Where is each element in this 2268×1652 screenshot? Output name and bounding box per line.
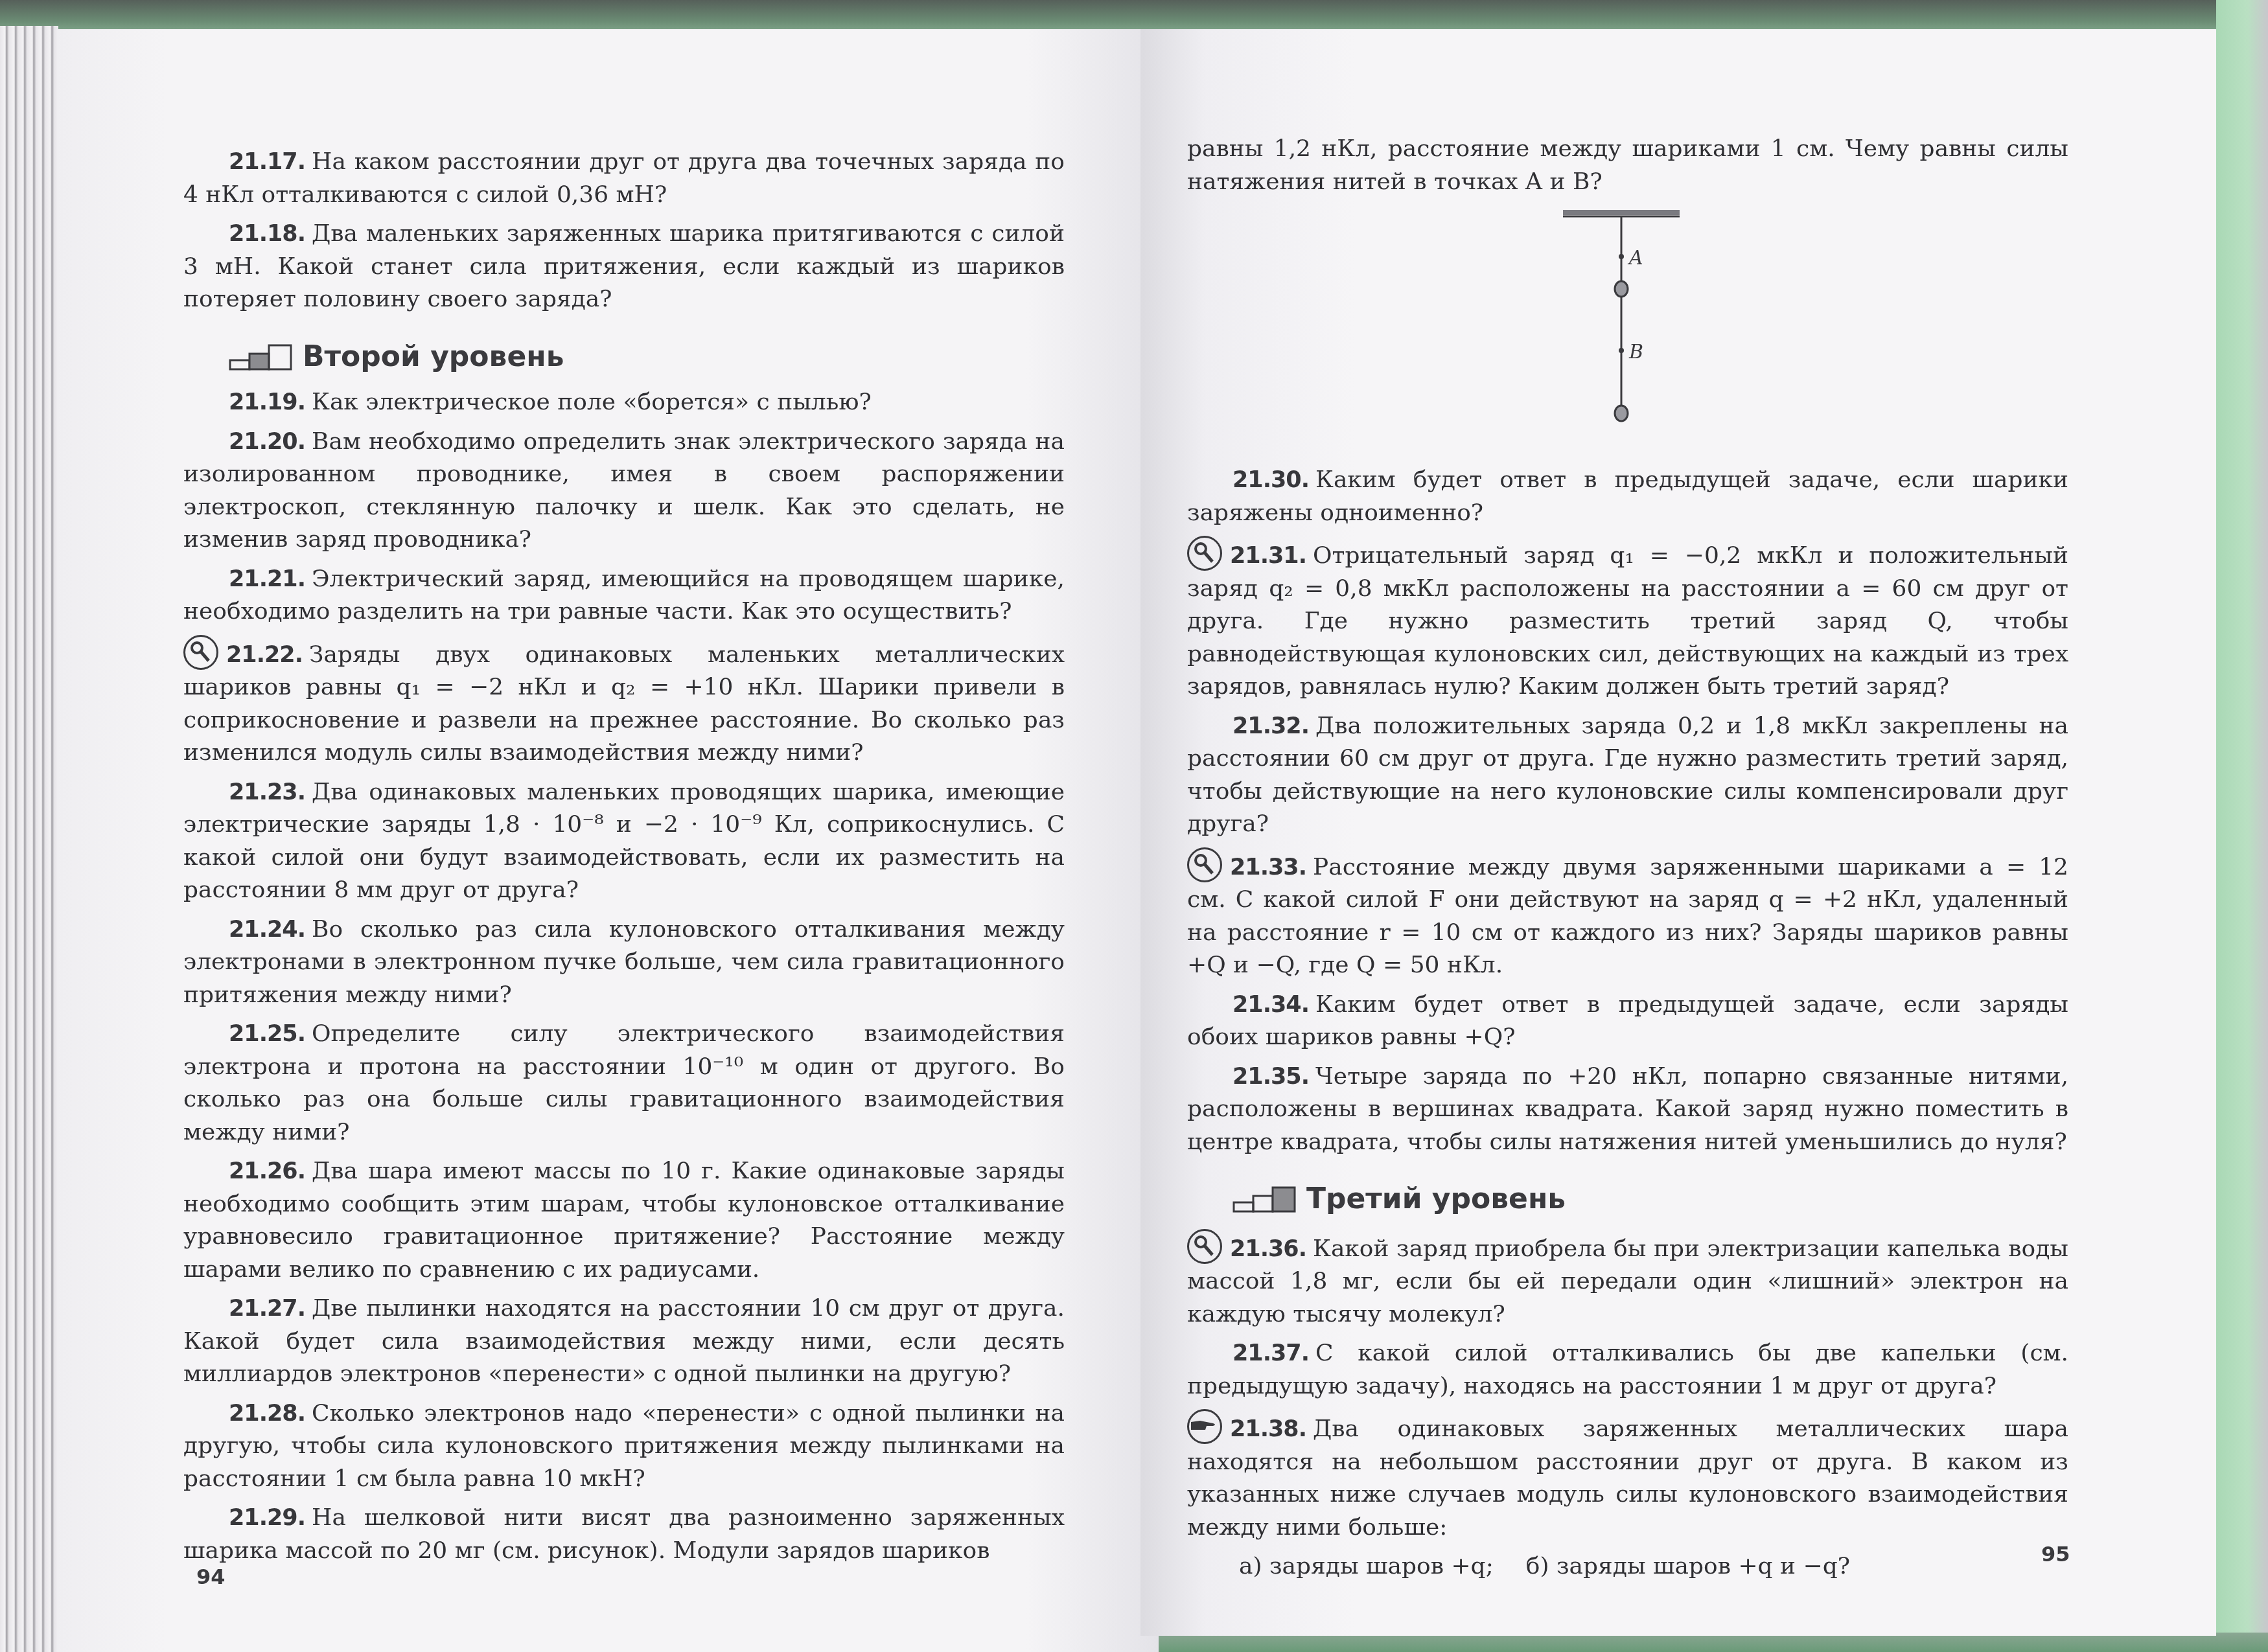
level-heading-second: Второй уровень [229,341,1065,374]
svg-text:A: A [1627,247,1643,270]
problem-21-38-options: а) заряды шаров +q;б) заряды шаров +q и … [1187,1550,2068,1583]
problem-21-38: 21.38.Два одинаковых заряженных металлич… [1187,1409,2068,1544]
problem-21-19: 21.19.Как электрическое поле «борется» с… [183,386,1065,419]
option-b: б) заряды шаров +q и −q? [1526,1553,1850,1579]
right-page: равны 1,2 нКл, расстояние между шариками… [1140,29,2216,1636]
problem-21-33: 21.33.Расстояние между двумя заряженными… [1187,847,2068,982]
problem-21-23: 21.23.Два одинаковых маленьких проводящи… [183,776,1065,907]
problem-21-29: 21.29.На шелковой нити висят два разноим… [183,1502,1065,1567]
problem-21-18: 21.18.Два маленьких заряженных шарика пр… [183,218,1065,316]
pointing-hand-icon [1187,1409,1222,1444]
problem-21-28: 21.28.Сколько электронов надо «перенести… [183,1397,1065,1496]
magnifier-icon [183,635,218,670]
level-heading-third: Третий уровень [1232,1183,2068,1216]
magnifier-icon [1187,1229,1222,1264]
left-column: 21.17.На каком расстоянии друг от друга … [183,146,1065,1574]
page-edges [0,26,58,1652]
problem-21-29-continuation: равны 1,2 нКл, расстояние между шариками… [1187,133,2068,198]
book-cover-right [2216,0,2268,1652]
magnifier-icon [1187,536,1222,571]
problem-21-21: 21.21.Электрический заряд, имеющийся на … [183,563,1065,628]
problem-21-22: 21.22.Заряды двух одинаковых маленьких м… [183,635,1065,770]
problem-21-37: 21.37.С какой силой отталкивались бы две… [1187,1337,2068,1403]
left-page: 21.17.На каком расстоянии друг от друга … [57,29,1159,1652]
problem-21-17: 21.17.На каком расстоянии друг от друга … [183,146,1065,211]
level-three-icon [1232,1186,1297,1213]
option-a: а) заряды шаров +q; [1239,1553,1494,1579]
problem-21-25: 21.25.Определите силу электрического вза… [183,1018,1065,1149]
page-number-left: 94 [196,1565,226,1589]
problem-21-30: 21.30.Каким будет ответ в предыдущей зад… [1187,464,2068,529]
problem-21-35: 21.35.Четыре заряда по +20 нКл, попарно … [1187,1061,2068,1159]
problem-21-36: 21.36.Какой заряд приобрела бы при элект… [1187,1229,2068,1331]
problem-21-31: 21.31.Отрицательный заряд q₁ = −0,2 мкКл… [1187,536,2068,704]
hanging-charges-figure: A B [1187,205,2068,451]
problem-21-26: 21.26.Два шара имеют массы по 10 г. Каки… [183,1155,1065,1286]
level-two-icon [229,343,294,371]
right-column: равны 1,2 нКл, расстояние между шариками… [1187,133,2068,1590]
thread-with-balls-diagram: A B [1556,205,1686,444]
page-number-right: 95 [2041,1542,2070,1566]
problem-21-20: 21.20.Вам необходимо определить знак эле… [183,426,1065,556]
problem-21-27: 21.27.Две пылинки находятся на расстояни… [183,1292,1065,1391]
problem-21-32: 21.32.Два положительных заряда 0,2 и 1,8… [1187,710,2068,841]
svg-text:B: B [1628,341,1643,363]
problem-21-34: 21.34.Каким будет ответ в предыдущей зад… [1187,989,2068,1054]
magnifier-icon [1187,847,1222,882]
problem-21-24: 21.24.Во сколько раз сила кулоновского о… [183,913,1065,1012]
